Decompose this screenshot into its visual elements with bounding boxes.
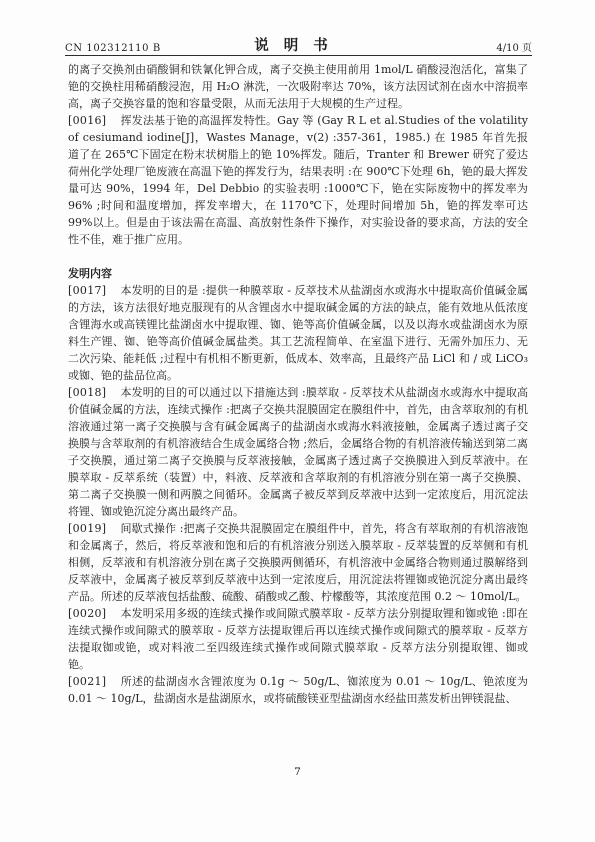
paragraph-0018: [0018]本发明的目的可以通过以下措施达到 :膜萃取 - 反萃技术从盐湖卤水或… (68, 384, 528, 520)
header-divider-line (65, 55, 532, 56)
paragraph-text: 间歇式操作 :把离子交换共混膜固定在膜组件中，首先，将含有萃取剂的有机溶液饱和金… (68, 522, 528, 603)
paragraph-text: 所述的盐湖卤水含锂浓度为 0.1g ～ 50g/L、铷浓度为 0.01 ～ 10… (68, 675, 528, 705)
page-indicator: 4/10 页 (496, 39, 532, 54)
page-footer: 7 (0, 766, 595, 778)
paragraph-number: [0018] (68, 386, 106, 399)
page-number: 7 (294, 766, 301, 778)
paragraph-number: [0017] (68, 284, 106, 297)
paragraph-0021: [0021]所述的盐湖卤水含锂浓度为 0.1g ～ 50g/L、铷浓度为 0.0… (68, 673, 528, 707)
paragraph-0020: [0020]本发明采用多级的连续式操作或间隙式膜萃取 - 反萃方法分别提取锂和铷… (68, 605, 528, 673)
page-header: CN 102312110 B 说明书 4/10 页 (65, 34, 532, 55)
paragraph-number: [0016] (68, 114, 106, 127)
patent-document-page: CN 102312110 B 说明书 4/10 页 的离子交换剂由硝酸铜和铁氰化… (0, 0, 595, 842)
paragraph-0016: [0016]挥发法基于铯的高温挥发特性。Gay 等 (Gay R L et al… (68, 112, 528, 248)
paragraph-number: [0019] (68, 522, 106, 535)
paragraph-continuation: 的离子交换剂由硝酸铜和铁氰化钾合成，离子交换主使用前用 1mol/L 硝酸浸泡活… (68, 61, 528, 112)
paragraph-text: 本发明的目的是 :提供一种膜萃取 - 反萃技术从盐湖卤水或海水中提取高价值碱金属… (68, 284, 528, 382)
paragraph-text: 挥发法基于铯的高温挥发特性。Gay 等 (Gay R L et al.Studi… (68, 114, 528, 246)
paragraph-text: 的离子交换剂由硝酸铜和铁氰化钾合成，离子交换主使用前用 1mol/L 硝酸浸泡活… (68, 63, 528, 110)
document-body: 的离子交换剂由硝酸铜和铁氰化钾合成，离子交换主使用前用 1mol/L 硝酸浸泡活… (68, 61, 528, 707)
paragraph-0019: [0019]间歇式操作 :把离子交换共混膜固定在膜组件中，首先，将含有萃取剂的有… (68, 520, 528, 605)
section-heading-invention-content: 发明内容 (68, 265, 528, 282)
document-title: 说明书 (254, 34, 343, 55)
paragraph-text: 本发明采用多级的连续式操作或间隙式膜萃取 - 反萃方法分别提取锂和铷或铯 :即在… (68, 607, 528, 671)
paragraph-number: [0020] (68, 607, 106, 620)
document-number: CN 102312110 B (65, 43, 161, 54)
paragraph-number: [0021] (68, 675, 106, 688)
paragraph-text: 本发明的目的可以通过以下措施达到 :膜萃取 - 反萃技术从盐湖卤水或海水中提取高… (68, 386, 528, 518)
paragraph-0017: [0017]本发明的目的是 :提供一种膜萃取 - 反萃技术从盐湖卤水或海水中提取… (68, 282, 528, 384)
